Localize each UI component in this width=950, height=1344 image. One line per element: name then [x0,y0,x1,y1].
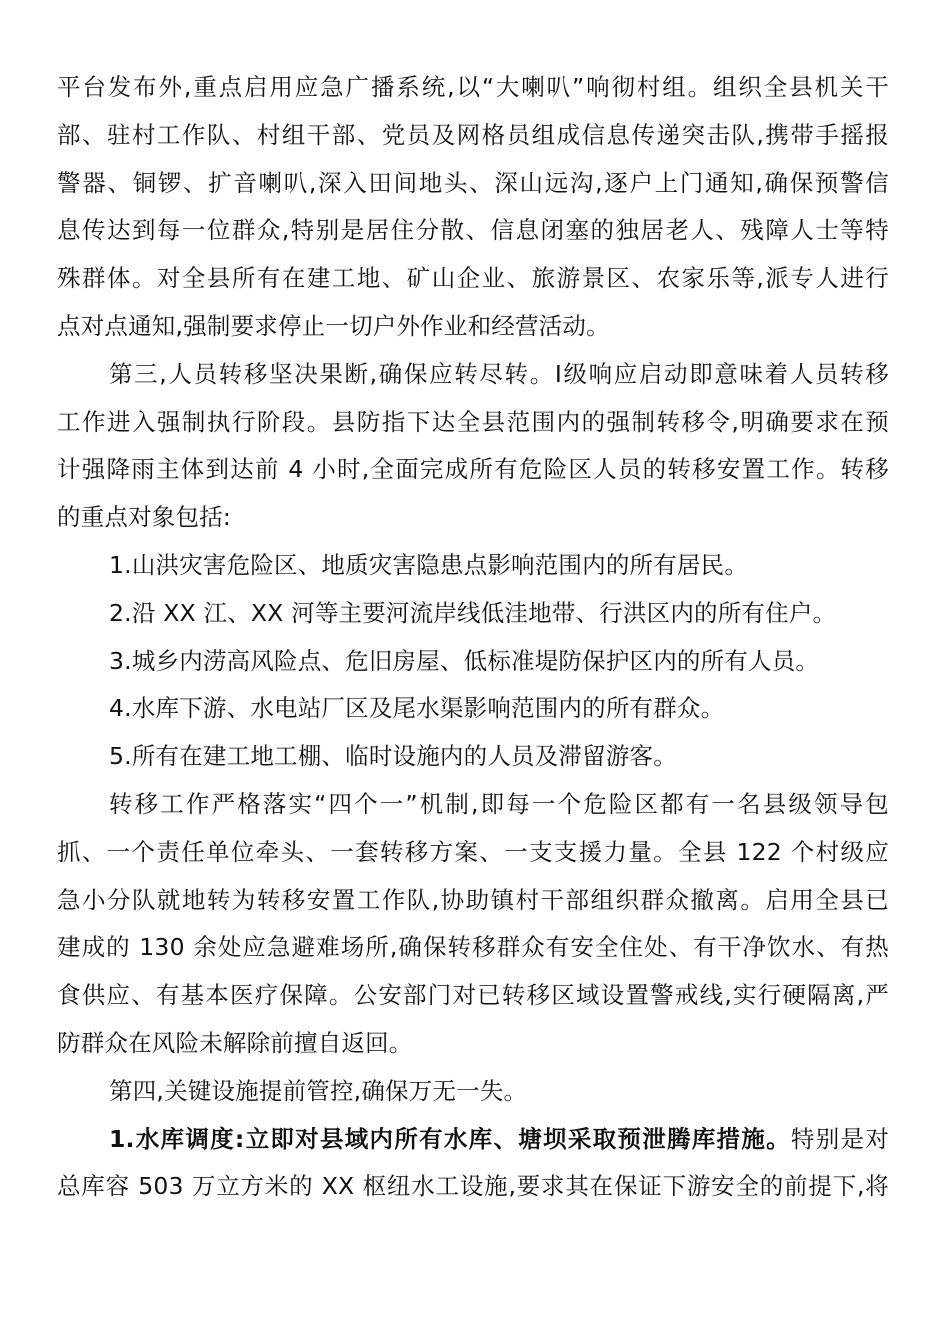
paragraph-reservoir-dispatch: 1.水库调度:立即对县域内所有水库、塘坝采取预泄腾库措施。特别是对 总库容 50… [57,1116,889,1212]
text-line: 防群众在风险未解除前擅自返回。 [57,1020,889,1068]
text-line: 1.水库调度:立即对县域内所有水库、塘坝采取预泄腾库措施。特别是对 [57,1116,889,1164]
list-item: 3.城乡内涝高风险点、危旧房屋、低标准堤防保护区内的所有人员。 [57,638,889,686]
text-line: 工作进入强制执行阶段。县防指下达全县范围内的强制转移令,明确要求在预 [57,399,889,447]
text-line: 部、驻村工作队、村组干部、党员及网格员组成信息传递突击队,携带手摇报 [57,112,889,160]
list-item: 1.山洪灾害危险区、地质灾害隐患点影响范围内的所有居民。 [57,542,889,590]
text-line: 第三,人员转移坚决果断,确保应转尽转。Ⅰ级响应启动即意味着人员转移 [57,351,889,399]
section-heading: 第四,关键设施提前管控,确保万无一失。 [57,1068,889,1116]
text-line: 计强降雨主体到达前 4 小时,全面完成所有危险区人员的转移安置工作。转移 [57,446,889,494]
text-line: 殊群体。对全县所有在建工地、矿山企业、旅游景区、农家乐等,派专人进行 [57,255,889,303]
text-line: 平台发布外,重点启用应急广播系统,以“大喇叭”响彻村组。组织全县机关干 [57,64,889,112]
text-line: 的重点对象包括: [57,494,889,542]
text-line: 转移工作严格落实“四个一”机制,即每一个危险区都有一名县级领导包 [57,781,889,829]
document-page: 平台发布外,重点启用应急广播系统,以“大喇叭”响彻村组。组织全县机关干 部、驻村… [57,64,889,1211]
text-line: 建成的 130 余处应急避难场所,确保转移群众有安全住处、有干净饮水、有热 [57,924,889,972]
text-line: 食供应、有基本医疗保障。公安部门对已转移区域设置警戒线,实行硬隔离,严 [57,972,889,1020]
bold-lead-text: 1.水库调度:立即对县域内所有水库、塘坝采取预泄腾库措施。 [109,1125,791,1153]
paragraph-personnel-transfer: 第三,人员转移坚决果断,确保应转尽转。Ⅰ级响应启动即意味着人员转移 工作进入强制… [57,351,889,542]
list-item: 2.沿 XX 江、XX 河等主要河流岸线低洼地带、行洪区内的所有住户。 [57,590,889,638]
list-item: 4.水库下游、水电站厂区及尾水渠影响范围内的所有群众。 [57,685,889,733]
paragraph-warning-dissemination: 平台发布外,重点启用应急广播系统,以“大喇叭”响彻村组。组织全县机关干 部、驻村… [57,64,889,351]
text-line: 急小分队就地转为转移安置工作队,协助镇村干部组织群众撤离。启用全县已 [57,877,889,925]
lead-continuation-text: 特别是对 [791,1125,889,1153]
text-line: 抓、一个责任单位牵头、一套转移方案、一支支援力量。全县 122 个村级应 [57,829,889,877]
paragraph-key-facilities-heading: 第四,关键设施提前管控,确保万无一失。 [57,1068,889,1116]
text-line: 总库容 503 万立方米的 XX 枢纽水工设施,要求其在保证下游安全的前提下,将 [57,1163,889,1211]
text-line: 警器、铜锣、扩音喇叭,深入田间地头、深山远沟,逐户上门通知,确保预警信 [57,160,889,208]
text-line: 息传达到每一位群众,特别是居住分散、信息闭塞的独居老人、残障人士等特 [57,207,889,255]
transfer-target-list: 1.山洪灾害危险区、地质灾害隐患点影响范围内的所有居民。 2.沿 XX 江、XX… [57,542,889,781]
paragraph-four-ones-mechanism: 转移工作严格落实“四个一”机制,即每一个危险区都有一名县级领导包 抓、一个责任单… [57,781,889,1068]
list-item: 5.所有在建工地工棚、临时设施内的人员及滞留游客。 [57,733,889,781]
text-line: 点对点通知,强制要求停止一切户外作业和经营活动。 [57,303,889,351]
